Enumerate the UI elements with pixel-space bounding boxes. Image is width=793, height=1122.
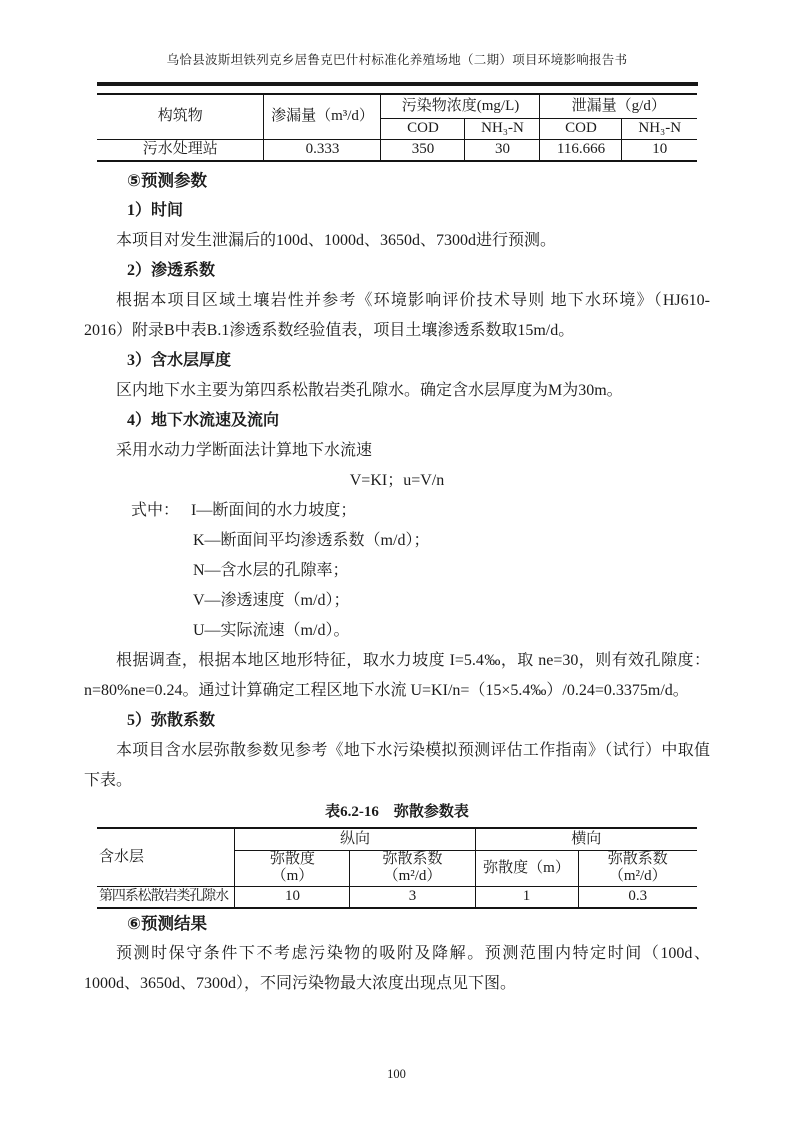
cell-conc-cod: 350: [381, 139, 465, 161]
formula-term-U: U—实际流速（m/d）。: [193, 616, 710, 646]
cell-structure-name: 污水处理站: [97, 139, 264, 161]
heading-permeability: 2）渗透系数: [127, 256, 710, 286]
running-header-title: 乌恰县波斯坦铁列克乡居鲁克巴什村标准化养殖场地（二期）项目环境影响报告书: [84, 52, 710, 69]
cell-leak-cod: 116.666: [540, 139, 622, 161]
formula-term-K: K—断面间平均渗透系数（m/d）；: [193, 526, 710, 556]
col-aquifer: 含水层: [97, 828, 235, 886]
paragraph-time: 本项目对发生泄漏后的100d、1000d、3650d、7300d进行预测。: [84, 226, 710, 256]
paragraph-prediction-results: 预测时保守条件下不考虑污染物的吸附及降解。预测范围内特定时间（100d、1000…: [84, 939, 710, 999]
body-content: ⑤预测参数 1）时间 本项目对发生泄漏后的100d、1000d、3650d、73…: [84, 166, 710, 999]
page-number: 100: [0, 1067, 793, 1082]
col-trans-coefficient: 弥散系数 （m²/d）: [578, 850, 697, 886]
col-structure: 构筑物: [97, 94, 264, 139]
formula-velocity: V=KI；u=V/n: [84, 466, 710, 496]
col-long-dispersivity: 弥散度 （m）: [235, 850, 350, 886]
col-group-concentration: 污染物浓度(mg/L): [381, 94, 540, 118]
heading-dispersion: 5）弥散系数: [127, 706, 710, 736]
formula-where-line: 式中：I—断面间的水力坡度；: [131, 496, 710, 526]
col-seepage: 渗漏量（m³/d）: [264, 94, 381, 139]
col-long-coefficient: 弥散系数 （m²/d）: [350, 850, 475, 886]
cell-trans-dispersivity: 1: [475, 886, 578, 908]
paragraph-dispersion: 本项目含水层弥散参数见参考《地下水污染模拟预测评估工作指南》（试行）中取值下表。: [84, 736, 710, 796]
dispersion-header-row-1: 含水层 纵向 横向: [97, 828, 697, 850]
leakage-table: 构筑物 渗漏量（m³/d） 污染物浓度(mg/L) 泄漏量（g/d） COD N…: [97, 93, 697, 162]
trans-coefficient-unit: （m²/d）: [581, 868, 696, 885]
col-group-leakage: 泄漏量（g/d）: [540, 94, 697, 118]
dispersion-table: 含水层 纵向 横向 弥散度 （m） 弥散系数 （m²/d） 弥散度（m）: [97, 827, 697, 909]
col-cod-concentration: COD: [381, 118, 465, 139]
long-dispersivity-unit: （m）: [237, 868, 347, 885]
cell-seepage-value: 0.333: [264, 139, 381, 161]
long-dispersivity-label: 弥散度: [237, 851, 347, 868]
cell-leak-nh3n: 10: [622, 139, 697, 161]
paragraph-aquifer-thickness: 区内地下水主要为第四系松散岩类孔隙水。确定含水层厚度为M为30m。: [84, 376, 710, 406]
col-group-transverse: 横向: [475, 828, 697, 850]
heading-aquifer-thickness: 3）含水层厚度: [127, 346, 710, 376]
dispersion-table-caption: 表6.2-16 弥散参数表: [84, 797, 710, 827]
formula-term-I: I—断面间的水力坡度；: [191, 502, 356, 519]
col-trans-dispersivity: 弥散度（m）: [475, 850, 578, 886]
paragraph-permeability: 根据本项目区域土壤岩性并参考《环境影响评价技术导则 地下水环境》（HJ610-2…: [84, 286, 710, 346]
col-nh3n-leakage: NH₃-N: [622, 118, 697, 139]
leakage-table-header-row-1: 构筑物 渗漏量（m³/d） 污染物浓度(mg/L) 泄漏量（g/d）: [97, 94, 697, 118]
heading-groundwater-flow: 4）地下水流速及流向: [127, 406, 710, 436]
cell-trans-coefficient: 0.3: [578, 886, 697, 908]
formula-term-V: V—渗透速度（m/d）；: [193, 586, 710, 616]
paragraph-survey-calculation: 根据调查，根据本地区地形特征，取水力坡度 I=5.4‰，取 ne=30，则有效孔…: [84, 646, 710, 706]
cell-long-dispersivity: 10: [235, 886, 350, 908]
document-page: 乌恰县波斯坦铁列克乡居鲁克巴什村标准化养殖场地（二期）项目环境影响报告书 构筑物…: [0, 0, 793, 1122]
cell-aquifer-type: 第四系松散岩类孔隙水: [97, 886, 235, 908]
heading-time: 1）时间: [127, 196, 710, 226]
col-group-longitudinal: 纵向: [235, 828, 475, 850]
heading-prediction-results: ⑥预测结果: [127, 909, 710, 939]
header-rule: [97, 82, 698, 86]
col-nh3n-concentration: NH₃-N: [465, 118, 540, 139]
cell-conc-nh3n: 30: [465, 139, 540, 161]
long-coefficient-label: 弥散系数: [352, 851, 472, 868]
trans-coefficient-label: 弥散系数: [581, 851, 696, 868]
paragraph-groundwater-flow: 采用水动力学断面法计算地下水流速: [84, 436, 710, 466]
dispersion-data-row: 第四系松散岩类孔隙水 10 3 1 0.3: [97, 886, 697, 908]
leakage-table-data-row: 污水处理站 0.333 350 30 116.666 10: [97, 139, 697, 161]
long-coefficient-unit: （m²/d）: [352, 868, 472, 885]
formula-where-label: 式中：: [131, 502, 179, 519]
formula-term-N: N—含水层的孔隙率；: [193, 556, 710, 586]
cell-long-coefficient: 3: [350, 886, 475, 908]
heading-prediction-params: ⑤预测参数: [127, 166, 710, 196]
col-cod-leakage: COD: [540, 118, 622, 139]
